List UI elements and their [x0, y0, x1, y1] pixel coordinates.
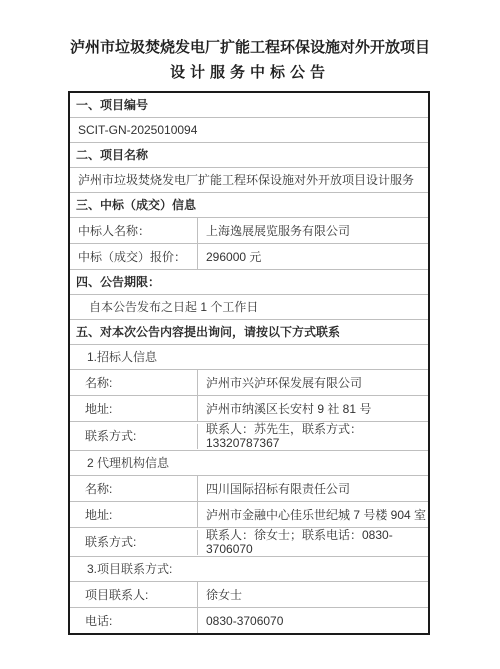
subheader-project-contact: 3.项目联系方式:: [70, 557, 428, 582]
row-tenderer-address: 地址: 泸州市纳溪区长安村 9 社 81 号: [70, 396, 428, 422]
project-number-value: SCIT-GN-2025010094: [70, 118, 428, 143]
award-price-label: 中标（成交）报价：: [70, 244, 198, 269]
agency-name-label: 名称:: [70, 476, 198, 501]
project-contact-phone-value: 0830-3706070: [198, 608, 428, 633]
row-agency-contact: 联系方式: 联系人：徐女士；联系电话：0830-3706070: [70, 528, 428, 557]
agency-name-value: 四川国际招标有限责任公司: [198, 476, 428, 501]
row-agency-name: 名称: 四川国际招标有限责任公司: [70, 476, 428, 502]
row-winner-name: 中标人名称： 上海逸展展览服务有限公司: [70, 218, 428, 244]
document-title-line2: 设计服务中标公告: [0, 61, 500, 86]
agency-contact-label: 联系方式:: [70, 530, 198, 555]
row-tenderer-contact: 联系方式: 联系人：苏先生，联系方式：13320787367: [70, 422, 428, 451]
subheader-agency-info: 2 代理机构信息: [70, 451, 428, 476]
project-contact-phone-label: 电话:: [70, 608, 198, 633]
project-contact-person-label: 项目联系人:: [70, 582, 198, 607]
agency-contact-value: 联系人：徐女士；联系电话：0830-3706070: [198, 528, 428, 556]
tenderer-name-value: 泸州市兴泸环保发展有限公司: [198, 370, 428, 395]
row-project-contact-phone: 电话: 0830-3706070: [70, 608, 428, 633]
notice-period-value: 自本公告发布之日起 1 个工作日: [70, 295, 428, 320]
row-award-price: 中标（成交）报价： 296000 元: [70, 244, 428, 270]
agency-address-label: 地址:: [70, 502, 198, 527]
agency-address-value: 泸州市金融中心佳乐世纪城 7 号楼 904 室: [198, 502, 428, 527]
tenderer-contact-label: 联系方式:: [70, 424, 198, 449]
subheader-tenderer-info: 1.招标人信息: [70, 345, 428, 370]
section-header-project-name: 二、项目名称: [70, 143, 428, 168]
tenderer-name-label: 名称:: [70, 370, 198, 395]
document-title-line1: 泸州市垃圾焚烧发电厂扩能工程环保设施对外开放项目: [0, 36, 500, 61]
award-price-value: 296000 元: [198, 244, 428, 269]
tenderer-address-label: 地址:: [70, 396, 198, 421]
tenderer-address-value: 泸州市纳溪区长安村 9 社 81 号: [198, 396, 428, 421]
tenderer-contact-value: 联系人：苏先生，联系方式：13320787367: [198, 422, 428, 450]
row-agency-address: 地址: 泸州市金融中心佳乐世纪城 7 号楼 904 室: [70, 502, 428, 528]
announcement-table: 一、项目编号 SCIT-GN-2025010094 二、项目名称 泸州市垃圾焚烧…: [68, 91, 430, 635]
winner-name-label: 中标人名称：: [70, 218, 198, 243]
project-name-value: 泸州市垃圾焚烧发电厂扩能工程环保设施对外开放项目设计服务: [70, 168, 428, 193]
row-project-contact-person: 项目联系人: 徐女士: [70, 582, 428, 608]
document-title: 泸州市垃圾焚烧发电厂扩能工程环保设施对外开放项目 设计服务中标公告: [0, 36, 500, 86]
winner-name-value: 上海逸展展览服务有限公司: [198, 218, 428, 243]
section-header-notice-period: 四、公告期限：: [70, 270, 428, 295]
section-header-award-info: 三、中标（成交）信息: [70, 193, 428, 218]
section-header-project-number: 一、项目编号: [70, 93, 428, 118]
row-tenderer-name: 名称: 泸州市兴泸环保发展有限公司: [70, 370, 428, 396]
project-contact-person-value: 徐女士: [198, 582, 428, 607]
section-header-contact: 五、对本次公告内容提出询问，请按以下方式联系: [70, 320, 428, 345]
